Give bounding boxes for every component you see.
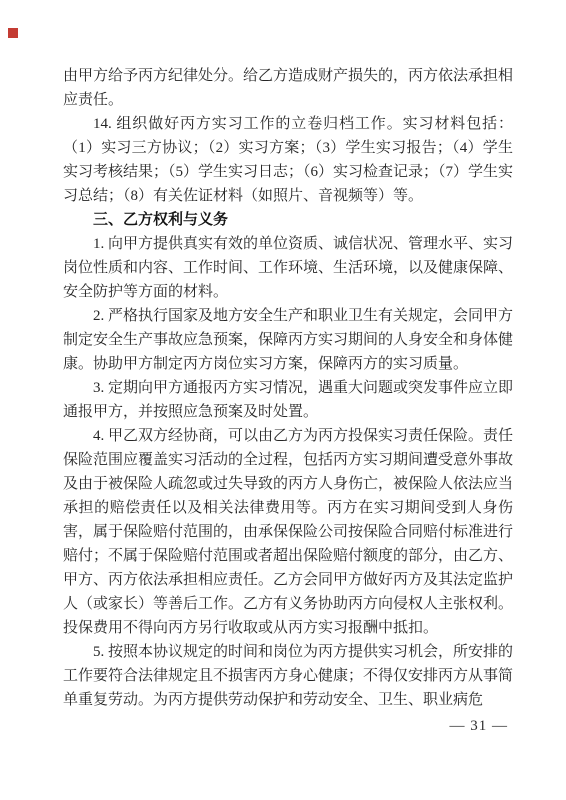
paragraph: 2. 严格执行国家及地方安全生产和职业卫生有关规定，会同甲方制定安全生产事故应急… (63, 304, 513, 376)
page-number: — 31 — (450, 718, 509, 735)
red-marker (8, 28, 18, 38)
paragraph: 4. 甲乙双方经协商，可以由乙方为丙方投保实习责任保险。责任保险范围应覆盖实习活… (63, 424, 513, 640)
paragraph: 5. 按照本协议规定的时间和岗位为丙方提供实习机会，所安排的工作要符合法律规定且… (63, 640, 513, 712)
paragraph: 3. 定期向甲方通报丙方实习情况，遇重大问题或突发事件应立即通报甲方，并按照应急… (63, 376, 513, 424)
paragraph: 由甲方给予丙方纪律处分。给乙方造成财产损失的，丙方依法承担相应责任。 (63, 64, 513, 112)
document-body: 由甲方给予丙方纪律处分。给乙方造成财产损失的，丙方依法承担相应责任。14. 组织… (63, 64, 513, 712)
paragraph: 1. 向甲方提供真实有效的单位资质、诚信状况、管理水平、实习岗位性质和内容、工作… (63, 232, 513, 304)
section-heading: 三、乙方权利与义务 (63, 208, 513, 232)
paragraph: 14. 组织做好丙方实习工作的立卷归档工作。实习材料包括：（1）实习三方协议；（… (63, 112, 513, 208)
document-page: 由甲方给予丙方纪律处分。给乙方造成财产损失的，丙方依法承担相应责任。14. 组织… (0, 0, 566, 800)
